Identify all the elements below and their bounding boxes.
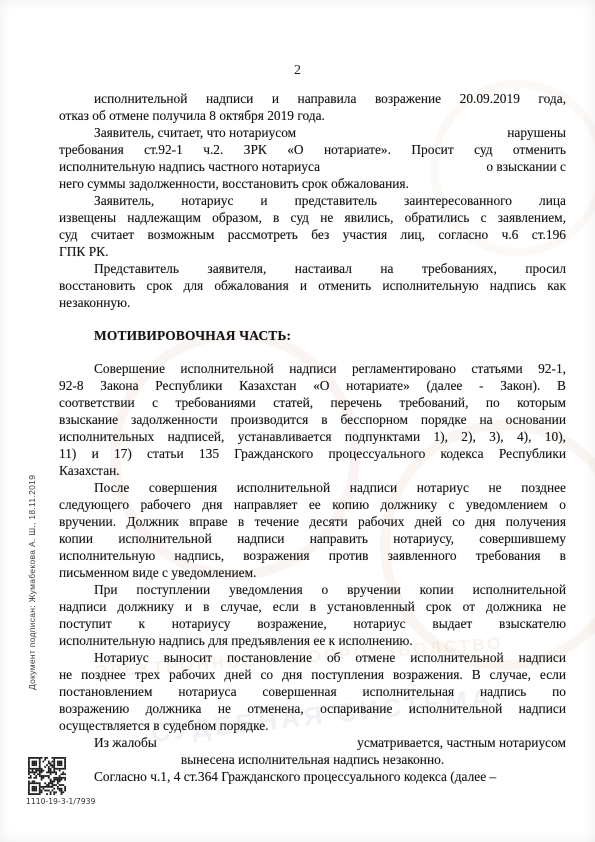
text-line: Из жалобыусматривается, частным нотариус… bbox=[59, 734, 566, 751]
text-line: незаконную. bbox=[59, 294, 566, 311]
redacted-gap bbox=[296, 124, 507, 141]
text-line: постановлением нотариуса совершенная исп… bbox=[59, 683, 566, 700]
text-segment: исполнительную надпись частного нотариус… bbox=[59, 158, 320, 175]
text-line: надписи должнику и в случае, если в уста… bbox=[59, 598, 566, 615]
text-segment: Из жалобы bbox=[94, 734, 157, 751]
text-line: Заявитель, нотариус и представитель заин… bbox=[59, 192, 566, 209]
page-number: 2 bbox=[0, 63, 595, 79]
document-body: исполнительной надписи и направила возра… bbox=[59, 90, 566, 785]
text-line: вынесена исполнительная надпись незаконн… bbox=[59, 751, 566, 768]
text-line: письменном виде с уведомлением. bbox=[59, 564, 566, 581]
text-line: исполнительных надписей, устанавливается… bbox=[59, 428, 566, 445]
text-line: восстановить срок для обжалования и отме… bbox=[59, 277, 566, 294]
text-line: него суммы задолженности, восстановить с… bbox=[59, 175, 566, 192]
text-line: требования ст.92-1 ч.2. ЗРК «О нотариате… bbox=[59, 141, 566, 158]
text-line: отказ об отмене получила 8 октября 2019 … bbox=[59, 107, 566, 124]
text-line: 11) и 17) статьи 135 Гражданского процес… bbox=[59, 445, 566, 462]
signature-note: Документ подписан: Жумабекова А. Ш., 18.… bbox=[27, 475, 37, 690]
text-line: исполнительную надпись, возражения проти… bbox=[59, 547, 566, 564]
text-line: Представитель заявителя, настаивал на тр… bbox=[59, 260, 566, 277]
qr-code-icon bbox=[28, 757, 66, 795]
text-line: поступит к нотариусу возражение, нотариу… bbox=[59, 615, 566, 632]
text-line: исполнительную надпись для предъявления … bbox=[59, 632, 566, 649]
text-line: После совершения исполнительной надписи … bbox=[59, 479, 566, 496]
section-heading: МОТИВИРОВОЧНАЯ ЧАСТЬ: bbox=[59, 327, 566, 344]
text-line: соответствии с требованиями статей, пере… bbox=[59, 394, 566, 411]
text-line: взыскание задолженности производится в б… bbox=[59, 411, 566, 428]
document-page: ЭЛЕКТРОННОЕ СУДОПРОИЗВОДСТВО СУДЕБНАЯ СИ… bbox=[0, 0, 595, 842]
text-segment: нарушены bbox=[507, 124, 566, 141]
text-line: ГПК РК. bbox=[59, 243, 566, 260]
text-line: Казахстан. bbox=[59, 462, 566, 479]
text-line: Совершение исполнительной надписи реглам… bbox=[59, 360, 566, 377]
text-line: извещены надлежащим образом, в суд не яв… bbox=[59, 209, 566, 226]
text-segment: о взыскании с bbox=[486, 158, 566, 175]
text-segment: Заявитель, считает, что нотариусом bbox=[94, 124, 296, 141]
redacted-gap bbox=[157, 734, 357, 751]
text-line: вручении. Должник вправе в течение десят… bbox=[59, 513, 566, 530]
text-line: 92-8 Закона Республики Казахстан «О нота… bbox=[59, 377, 566, 394]
text-line: Согласно ч.1, 4 ст.364 Гражданского проц… bbox=[59, 768, 566, 785]
case-number-label: 1110-19-3-1/7939 bbox=[26, 797, 116, 806]
text-segment: усматривается, частным нотариусом bbox=[357, 734, 566, 751]
text-line: суд считает возможным рассмотреть без уч… bbox=[59, 226, 566, 243]
text-line: осуществляется в судебном порядке. bbox=[59, 717, 566, 734]
text-line: не позднее трех рабочих дней со дня пост… bbox=[59, 666, 566, 683]
text-line: При поступлении уведомления о вручении к… bbox=[59, 581, 566, 598]
redacted-gap bbox=[320, 158, 486, 175]
text-line: копии исполнительной надписи направить н… bbox=[59, 530, 566, 547]
text-line: возражению должника не отменена, оспарив… bbox=[59, 700, 566, 717]
text-line: следующего рабочего дня направляет ее ко… bbox=[59, 496, 566, 513]
text-line: Заявитель, считает, что нотариусомнаруше… bbox=[59, 124, 566, 141]
text-line: исполнительную надпись частного нотариус… bbox=[59, 158, 566, 175]
text-line: исполнительной надписи и направила возра… bbox=[59, 90, 566, 107]
text-line: Нотариус выносит постановление об отмене… bbox=[59, 649, 566, 666]
